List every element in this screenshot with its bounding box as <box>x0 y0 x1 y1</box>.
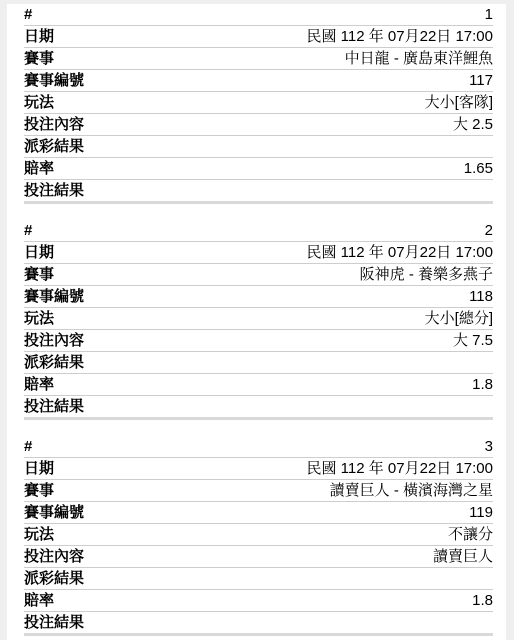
index-value: 3 <box>485 436 493 457</box>
match-value: 中日龍 - 廣島東洋鯉魚 <box>345 48 493 69</box>
row-odds: 賠率 1.8 <box>24 374 493 396</box>
payout-result-label: 派彩結果 <box>24 352 84 373</box>
bet-result-label: 投注結果 <box>24 180 84 201</box>
odds-label: 賠率 <box>24 158 54 179</box>
row-bet-result: 投注結果 <box>24 180 493 204</box>
match-id-value: 119 <box>469 502 493 523</box>
date-label: 日期 <box>24 26 54 47</box>
date-value: 民國 112 年 07月22日 17:00 <box>307 242 494 263</box>
match-id-label: 賽事編號 <box>24 70 84 91</box>
bet-result-label: 投注結果 <box>24 396 84 417</box>
row-payout-result: 派彩結果 <box>24 352 493 374</box>
date-value: 民國 112 年 07月22日 17:00 <box>307 458 494 479</box>
row-bet-result: 投注結果 <box>24 396 493 420</box>
bet-content-value: 讀賣巨人 <box>433 546 493 567</box>
bet-content-label: 投注內容 <box>24 114 84 135</box>
match-id-value: 117 <box>469 70 493 91</box>
row-date: 日期 民國 112 年 07月22日 17:00 <box>24 26 493 48</box>
date-label: 日期 <box>24 242 54 263</box>
bet-record: # 2 日期 民國 112 年 07月22日 17:00 賽事 阪神虎 - 養樂… <box>24 220 493 420</box>
play-type-label: 玩法 <box>24 524 54 545</box>
row-date: 日期 民國 112 年 07月22日 17:00 <box>24 242 493 264</box>
bet-record: # 1 日期 民國 112 年 07月22日 17:00 賽事 中日龍 - 廣島… <box>24 4 493 204</box>
bet-result-label: 投注結果 <box>24 612 84 633</box>
row-bet-content: 投注內容 大 7.5 <box>24 330 493 352</box>
row-index: # 3 <box>24 436 493 458</box>
row-play-type: 玩法 大小[總分] <box>24 308 493 330</box>
match-label: 賽事 <box>24 48 54 69</box>
play-type-value: 大小[客隊] <box>425 92 493 113</box>
row-bet-result: 投注結果 <box>24 612 493 636</box>
index-label: # <box>24 220 32 241</box>
row-payout-result: 派彩結果 <box>24 568 493 590</box>
bet-records-list: # 1 日期 民國 112 年 07月22日 17:00 賽事 中日龍 - 廣島… <box>7 4 506 640</box>
index-value: 2 <box>485 220 493 241</box>
row-payout-result: 派彩結果 <box>24 136 493 158</box>
match-label: 賽事 <box>24 264 54 285</box>
odds-value: 1.65 <box>464 158 493 179</box>
row-bet-content: 投注內容 讀賣巨人 <box>24 546 493 568</box>
row-odds: 賠率 1.65 <box>24 158 493 180</box>
odds-value: 1.8 <box>472 590 493 611</box>
bet-record: # 3 日期 民國 112 年 07月22日 17:00 賽事 讀賣巨人 - 橫… <box>24 436 493 636</box>
match-id-value: 118 <box>469 286 493 307</box>
row-match-id: 賽事編號 118 <box>24 286 493 308</box>
bet-content-label: 投注內容 <box>24 330 84 351</box>
play-type-value: 大小[總分] <box>425 308 493 329</box>
bet-content-label: 投注內容 <box>24 546 84 567</box>
row-play-type: 玩法 不讓分 <box>24 524 493 546</box>
row-index: # 1 <box>24 4 493 26</box>
play-type-label: 玩法 <box>24 308 54 329</box>
bet-content-value: 大 7.5 <box>453 330 493 351</box>
odds-value: 1.8 <box>472 374 493 395</box>
row-match-id: 賽事編號 119 <box>24 502 493 524</box>
odds-label: 賠率 <box>24 590 54 611</box>
row-match-id: 賽事編號 117 <box>24 70 493 92</box>
odds-label: 賠率 <box>24 374 54 395</box>
row-odds: 賠率 1.8 <box>24 590 493 612</box>
row-date: 日期 民國 112 年 07月22日 17:00 <box>24 458 493 480</box>
match-id-label: 賽事編號 <box>24 286 84 307</box>
row-play-type: 玩法 大小[客隊] <box>24 92 493 114</box>
match-label: 賽事 <box>24 480 54 501</box>
row-bet-content: 投注內容 大 2.5 <box>24 114 493 136</box>
payout-result-label: 派彩結果 <box>24 136 84 157</box>
date-value: 民國 112 年 07月22日 17:00 <box>307 26 494 47</box>
play-type-label: 玩法 <box>24 92 54 113</box>
payout-result-label: 派彩結果 <box>24 568 84 589</box>
row-index: # 2 <box>24 220 493 242</box>
row-match: 賽事 中日龍 - 廣島東洋鯉魚 <box>24 48 493 70</box>
match-id-label: 賽事編號 <box>24 502 84 523</box>
index-value: 1 <box>485 4 493 25</box>
index-label: # <box>24 4 32 25</box>
match-value: 阪神虎 - 養樂多燕子 <box>360 264 493 285</box>
match-value: 讀賣巨人 - 橫濱海灣之星 <box>330 480 493 501</box>
play-type-value: 不讓分 <box>448 524 493 545</box>
row-match: 賽事 讀賣巨人 - 橫濱海灣之星 <box>24 480 493 502</box>
date-label: 日期 <box>24 458 54 479</box>
index-label: # <box>24 436 32 457</box>
row-match: 賽事 阪神虎 - 養樂多燕子 <box>24 264 493 286</box>
bet-content-value: 大 2.5 <box>453 114 493 135</box>
